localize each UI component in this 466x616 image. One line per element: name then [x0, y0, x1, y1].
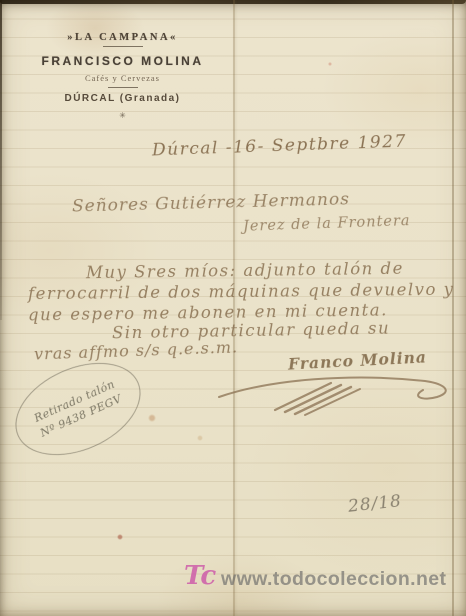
body-line: ferrocarril de dos máquinas que devuelvo… [28, 280, 455, 303]
letterhead-divider-2 [108, 87, 138, 88]
body-line: Muy Sres míos: adjunto talón de [86, 259, 404, 282]
scanned-letter: »LA CAMPANA« FRANCISCO MOLINA Cafés y Ce… [0, 0, 466, 616]
oval-stamp: Retirado talón Nº 9438 PEGV [1, 345, 155, 474]
addressee-city-line: Jerez de la Frontera [243, 213, 411, 235]
date-line: Dúrcal -16- Septbre 1927 [152, 132, 407, 161]
letterhead-subtitle: Cafés y Cervezas [25, 73, 220, 83]
paper-edge-left [0, 0, 2, 320]
watermark-url: www.todocoleccion.net [221, 568, 446, 591]
letterhead-name: FRANCISCO MOLINA [25, 54, 220, 68]
body-line: vras affmo s/s q.e.s.m. [34, 337, 239, 363]
letterhead-brand: »LA CAMPANA« [25, 32, 220, 43]
letterhead-ornament-icon: ✳ [25, 111, 220, 120]
letterhead-city: DÚRCAL (Granada) [25, 93, 220, 104]
letterhead-divider [103, 46, 143, 47]
signature-flourish [213, 370, 461, 420]
todocoleccion-logo: Tc [184, 561, 216, 591]
addressee-line: Señores Gutiérrez Hermanos [72, 189, 350, 216]
body-line: Sin otro particular queda su [112, 319, 390, 343]
right-fold-line [452, 0, 454, 616]
letterhead: »LA CAMPANA« FRANCISCO MOLINA Cafés y Ce… [25, 32, 220, 120]
pencil-note: 28/18 [347, 491, 403, 517]
